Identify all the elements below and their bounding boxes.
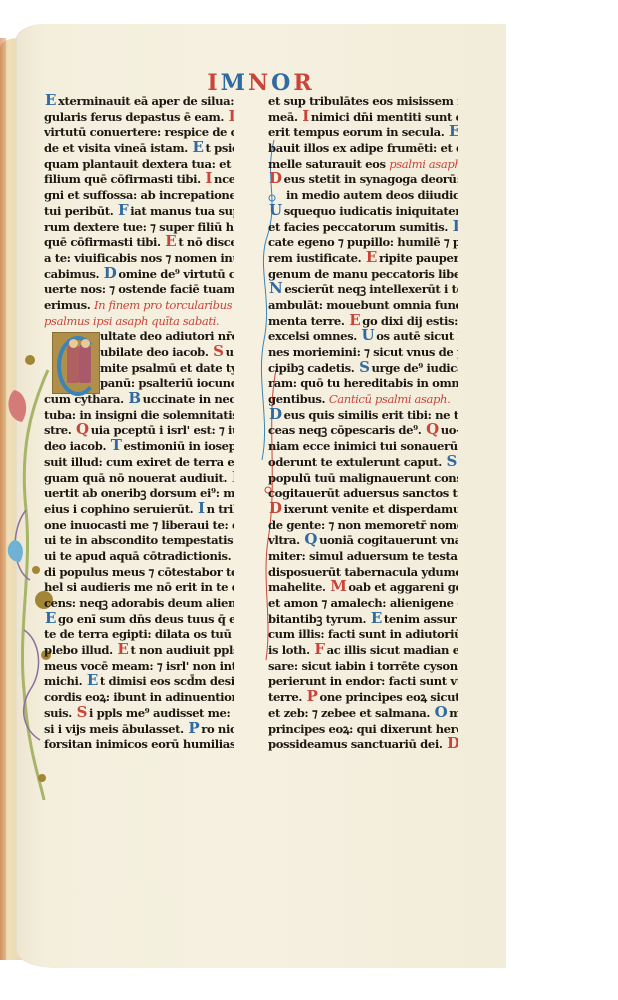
line-text: tui peribūt. — [44, 204, 117, 218]
text-line: guam quā nō nouerat audiuit. Di- — [44, 471, 234, 487]
rubric-text: psalmi asaph. — [389, 157, 458, 171]
text-line: oderunt te extulerunt caput. Super — [268, 455, 458, 471]
line-text: ui te apud aquā cōtradictionis. — [44, 549, 234, 563]
line-text: tuba: in insigni die solemnitatis ve- — [44, 408, 234, 422]
initial-letter: I — [204, 172, 213, 184]
line-text: possideamus sanctuariū dei. — [268, 737, 446, 751]
text-line: melle saturauit eos psalmi asaph. — [268, 157, 458, 173]
running-head-letter: N — [248, 70, 271, 96]
line-text: et amon ⁊ amalech: alienigene cū ha- — [268, 596, 458, 610]
line-text: t non audiuit ppls — [130, 643, 234, 657]
initial-letter: S — [76, 706, 88, 718]
text-line: bitantibꝫ tyrum. Etenim assur venit — [268, 612, 458, 628]
line-text: genum de manu peccatoris liberate. — [268, 267, 458, 281]
text-line: uerte nos: ⁊ ostende faciē tuam ⁊ salui — [44, 282, 234, 298]
line-text: cum cythara. — [44, 392, 127, 406]
text-line: stre. Quia pceptū i isrl' est: ⁊ iudiciū — [44, 423, 234, 439]
line-text: suis. — [44, 706, 76, 720]
text-line: Nescierūt neqꝫ intellexerūt i tenebris — [268, 282, 458, 298]
line-text: eius i cophino seruierūt. — [44, 502, 197, 516]
text-line: Exterminauit eā aper de silua: ⁊ sin- — [44, 94, 234, 110]
text-line: de et visita vineā istam. Et psice eā — [44, 141, 234, 157]
text-line: bauit illos ex adipe frumēti: et de petr… — [268, 141, 458, 157]
line-text: tenim assur venit — [384, 612, 458, 626]
text-line: rum dextere tue: ⁊ super filiū hominis — [44, 220, 234, 236]
text-line: a te: viuificabis nos ⁊ nomen inuo- — [44, 251, 234, 267]
initial-letter: E — [164, 235, 177, 247]
line-text: ro nichilo — [201, 722, 234, 736]
initial-letter: E — [44, 612, 57, 624]
initial-letter: D — [103, 267, 118, 279]
line-text: sare: sicut iabin i torrēte cyson. — [268, 659, 458, 673]
initial-letter: O — [434, 706, 449, 718]
line-text: rum dextere tue: ⁊ super filiū hominis — [44, 220, 234, 234]
line-text: i ppls me⁹ audisset me: isrl' — [89, 706, 234, 720]
text-line: cipibꝫ cadetis. Surge de⁹ iudica ter- — [268, 361, 458, 377]
initial-letter: P — [187, 722, 200, 734]
text-line: tuba: in insigni die solemnitatis ve- — [44, 408, 234, 424]
line-text: ui te in abscondito tempestatis: proba- — [44, 533, 234, 547]
text-line: ui te apud aquā cōtradictionis. Au- — [44, 549, 234, 565]
line-text: michi. — [44, 674, 86, 688]
line-text: et facies peccatorum sumitis. — [268, 220, 452, 234]
initial-letter: I — [452, 220, 458, 232]
line-text: cens: neqꝫ adorabis deum alienum. — [44, 596, 234, 610]
line-text: t nō discedim⁹ — [178, 235, 234, 249]
text-line: cate egeno ⁊ pupillo: humilē ⁊ paupe- — [268, 235, 458, 251]
line-text: uo- — [441, 423, 458, 437]
initial-letter: P — [306, 690, 319, 702]
line-text: eus stetit in synagoga deorū: — [284, 172, 458, 186]
text-line: forsitan inimicos eorū humiliassem: — [44, 737, 234, 753]
text-line: quē cōfirmasti tibi. Et nō discedim⁹ — [44, 235, 234, 251]
line-text: cipibꝫ cadetis. — [268, 361, 358, 375]
initial-letter: S — [446, 455, 458, 467]
text-line: one inuocasti me ⁊ liberaui te: exaudi- — [44, 518, 234, 534]
line-text: ultate deo adiutori nr̄o: — [100, 329, 234, 343]
text-line: vltra. Quoniā cogitauerunt vnani- — [268, 533, 458, 549]
text-line: principes eoꝝ: qui dixerunt hereditate — [268, 722, 458, 738]
line-text: ac illis sicut madian et sy- — [327, 643, 458, 657]
text-line: Deus stetit in synagoga deorū: — [268, 172, 458, 188]
line-text: oab et aggareni gebal — [348, 580, 458, 594]
text-line: nes moriemini: ⁊ sicut vnus de prin- — [268, 345, 458, 361]
initial-letter: E — [44, 94, 57, 106]
line-text: nimici dn̄i mentiti sunt ei: ⁊ — [311, 110, 458, 124]
text-line: cabimus. Domine de⁹ virtutū con- — [44, 267, 234, 283]
line-text: plebo illud. — [44, 643, 116, 657]
line-text: eus quis similis erit tibi: ne ta- — [284, 408, 458, 422]
text-line: meus vocē meam: ⁊ isrl' non intendit — [44, 659, 234, 675]
text-line: genum de manu peccatoris liberate. — [268, 267, 458, 283]
initial-letter: E — [365, 251, 378, 263]
line-text: uertit ab oneribꝫ dorsum ei⁹: manus — [44, 486, 234, 500]
line-text: niam ecce inimici tui sonauerūt: et q — [268, 439, 458, 453]
line-text: ixerunt venite et disperdamus eos — [284, 502, 458, 516]
line-text: t dimisi eos scd̄m desideria — [100, 674, 234, 688]
initial-letter: E — [192, 141, 205, 153]
line-text: uerte nos: ⁊ ostende faciē tuam ⁊ salui — [44, 282, 234, 296]
initial-letter: E — [116, 643, 129, 655]
text-line: is loth. Fac illis sicut madian et sy- — [268, 643, 458, 659]
line-text: quē cōfirmasti tibi. — [44, 235, 164, 249]
initial-letter: D — [231, 471, 234, 483]
line-text: meus vocē meam: ⁊ isrl' non intendit — [44, 659, 234, 673]
rubric-text: Canticū psalmi asaph. — [329, 392, 451, 406]
line-text: melle saturauit eos — [268, 157, 389, 171]
text-line: perierunt in endor: facti sunt vt sterc⁹ — [268, 674, 458, 690]
text-line: sare: sicut iabin i torrēte cyson. Di- — [268, 659, 458, 675]
line-text: ncensa i- — [214, 172, 234, 186]
line-text: gentibus. — [268, 392, 329, 406]
initial-letter: D — [228, 110, 234, 122]
text-line: gni et suffossa: ab increpatione vult⁹ — [44, 188, 234, 204]
line-text: mahelite. — [268, 580, 329, 594]
initial-letter: E — [348, 314, 361, 326]
line-text: disposuerūt tabernacula ydumeoꝝ et is- — [268, 565, 458, 579]
text-line: et facies peccatorum sumitis. Iudi- — [268, 220, 458, 236]
line-text: bauit illos ex adipe frumēti: et de petr… — [268, 141, 458, 155]
initial-letter: Q — [425, 423, 440, 435]
line-text: oderunt te extulerunt caput. — [268, 455, 446, 469]
text-line: excelsi omnes. Uos autē sicut homi- — [268, 329, 458, 345]
text-line: cordis eoꝝ: ibunt in adinuentionibꝫ — [44, 690, 234, 706]
running-head-letter: I — [207, 70, 220, 96]
line-text: rem iustificate. — [268, 251, 365, 265]
line-text: go enī sum dn̄s deus tuus q̄ eduxi — [58, 612, 234, 626]
line-text: virtutū conuertere: respice de celo et v… — [44, 125, 234, 139]
line-text: de et visita vineā istam. — [44, 141, 192, 155]
text-column-left: Exterminauit eā aper de silua: ⁊ sin-gul… — [44, 94, 234, 753]
text-line: et zeb: ⁊ zebee et salmana. Omnes — [268, 706, 458, 722]
initial-letter: I — [197, 502, 206, 514]
text-line: cum illis: facti sunt in adiutoriū fili- — [268, 627, 458, 643]
initial-letter: F — [117, 204, 129, 216]
line-text: quam plantauit dextera tua: et super — [44, 157, 234, 171]
line-text: miter: simul aduersum te testamentū — [268, 549, 458, 563]
initial-letter: B — [127, 392, 141, 404]
text-line: si i vijs meis ābulasset. Pro nichilo — [44, 722, 234, 738]
text-line: ui te in abscondito tempestatis: proba- — [44, 533, 234, 549]
initial-letter: E — [448, 125, 458, 137]
text-line: psalmus ipsi asaph quīta sabati. — [44, 314, 234, 330]
initial-letter: Q — [303, 533, 318, 545]
text-line: gularis ferus depastus ē eam. Deus — [44, 110, 234, 126]
text-line: erit tempus eorum in secula. Et ci- — [268, 125, 458, 141]
text-line: ambulāt: mouebunt omnia funda- — [268, 298, 458, 314]
line-text: os autē sicut homi- — [376, 329, 458, 343]
initial-letter: S — [358, 361, 370, 373]
running-head-letter: O — [271, 70, 293, 96]
text-line: Ego enī sum dn̄s deus tuus q̄ eduxi — [44, 612, 234, 628]
text-line: plebo illud. Et non audiuit ppls — [44, 643, 234, 659]
line-text: uia pceptū i isrl' est: ⁊ iudiciū — [91, 423, 234, 437]
text-line: miter: simul aduersum te testamentū — [268, 549, 458, 565]
text-line: michi. Et dimisi eos scd̄m desideria — [44, 674, 234, 690]
text-line: meā. Inimici dn̄i mentiti sunt ei: ⁊ — [268, 110, 458, 126]
line-text: ubilate deo iacob. — [100, 345, 212, 359]
text-line: te de terra egipti: dilata os tuū et im- — [44, 627, 234, 643]
line-text: ambulāt: mouebunt omnia funda- — [268, 298, 458, 312]
line-text: et sup tribulātes eos misissem manū — [268, 94, 458, 108]
line-text: n tribulati- — [207, 502, 234, 516]
text-line: disposuerūt tabernacula ydumeoꝝ et is- — [268, 565, 458, 581]
line-text: meā. — [268, 110, 301, 124]
line-text: go dixi dij estis: ⁊ filij — [362, 314, 458, 328]
text-line: Dixerunt venite et disperdamus eos — [268, 502, 458, 518]
line-text: cogitauerūt aduersus sanctos tuos. — [268, 486, 458, 500]
text-line: di populus meus ⁊ cōtestabor te: isra- — [44, 565, 234, 581]
line-text: one inuocasti me ⁊ liberaui te: exaudi- — [44, 518, 234, 532]
text-line: erimus. In finem pro torcularibus — [44, 298, 234, 314]
text-line: mite psalmū et date tym- — [44, 361, 234, 377]
line-text: ceas neqꝫ cōpescaris de⁹. — [268, 423, 425, 437]
text-line: uertit ab oneribꝫ dorsum ei⁹: manus — [44, 486, 234, 502]
line-text: cordis eoꝝ: ibunt in adinuentionibꝫ — [44, 690, 234, 704]
line-text: cate egeno ⁊ pupillo: humilē ⁊ paupe- — [268, 235, 458, 249]
text-line: suis. Si ppls me⁹ audisset me: isrl' — [44, 706, 234, 722]
line-text: mite psalmū et date tym- — [100, 361, 234, 375]
line-text: t psice eā — [206, 141, 234, 155]
line-text: a te: viuificabis nos ⁊ nomen inuo- — [44, 251, 234, 265]
text-line: hel si audieris me nō erit in te deus re… — [44, 580, 234, 596]
initial-letter: T — [110, 439, 123, 451]
line-text: hel si audieris me nō erit in te deus re… — [44, 580, 234, 594]
line-text: urge de⁹ iudica ter- — [372, 361, 459, 375]
text-line: terre. Pone principes eoꝝ sicut oreb — [268, 690, 458, 706]
text-line: panū: psalteriū iocundū — [44, 376, 234, 392]
initial-letter: D — [446, 737, 458, 749]
rubric-text: psalmus ipsi asaph quīta sabati. — [44, 314, 219, 328]
line-text: estimoniū in ioseph po- — [124, 439, 234, 453]
text-line: rem iustificate. Eripite pauperē: et e- — [268, 251, 458, 267]
line-text: vltra. — [268, 533, 303, 547]
initial-letter: E — [370, 612, 383, 624]
text-line: quam plantauit dextera tua: et super — [44, 157, 234, 173]
line-text: si i vijs meis ābulasset. — [44, 722, 187, 736]
text-line: eius i cophino seruierūt. In tribulati- — [44, 502, 234, 518]
text-line: de gente: ⁊ non memoretr̄ nomen isrl' — [268, 518, 458, 534]
line-text: escierūt neqꝫ intellexerūt i tenebris — [284, 282, 458, 296]
line-text: cabimus. — [44, 267, 103, 281]
running-head: IMNOR — [16, 70, 506, 96]
line-text: erit tempus eorum in secula. — [268, 125, 448, 139]
line-text: suit illud: cum exiret de terra egipti l… — [44, 455, 234, 469]
text-line: cogitauerūt aduersus sanctos tuos. — [268, 486, 458, 502]
line-text: erimus. — [44, 298, 94, 312]
text-line: niam ecce inimici tui sonauerūt: et q — [268, 439, 458, 455]
text-line: gentibus. Canticū psalmi asaph. — [268, 392, 458, 408]
initial-letter: N — [268, 282, 283, 294]
text-line: ceas neqꝫ cōpescaris de⁹. Quo- — [268, 423, 458, 439]
initial-letter: Q — [75, 423, 90, 435]
line-text: one principes eoꝝ sicut oreb — [320, 690, 459, 704]
running-head-letter: R — [293, 70, 314, 96]
text-line: Usquequo iudicatis iniquitatem: — [268, 204, 458, 220]
text-line: virtutū conuertere: respice de celo et v… — [44, 125, 234, 141]
line-text: terre. — [268, 690, 306, 704]
text-line: cens: neqꝫ adorabis deum alienum. — [44, 596, 234, 612]
line-text: filium quē cōfirmasti tibi. — [44, 172, 204, 186]
line-text: bitantibꝫ tyrum. — [268, 612, 370, 626]
line-text: deo iacob. — [44, 439, 110, 453]
text-line: cum cythara. Buccinate in neomenia — [44, 392, 234, 408]
line-text: gni et suffossa: ab increpatione vult⁹ — [44, 188, 234, 202]
line-text: squequo iudicatis iniquitatem: — [284, 204, 458, 218]
line-text: populū tuū malignauerunt consilium: — [268, 471, 458, 485]
line-text: guam quā nō nouerat audiuit. — [44, 471, 231, 485]
text-line: possideamus sanctuariū dei. Deus — [268, 737, 458, 753]
line-text: stre. — [44, 423, 75, 437]
text-line: ultate deo adiutori nr̄o: — [44, 329, 234, 345]
initial-letter: D — [268, 408, 283, 420]
text-line: ubilate deo iacob. Su- — [44, 345, 234, 361]
line-text: forsitan inimicos eorū humiliassem: — [44, 737, 234, 751]
line-text: ram: quō tu hereditabis in omnibus — [268, 376, 458, 390]
text-line: tui peribūt. Fiat manus tua sup vi- — [44, 204, 234, 220]
line-text: te de terra egipti: dilata os tuū et im- — [44, 627, 234, 641]
text-line: deo iacob. Testimoniū in ioseph po- — [44, 439, 234, 455]
line-text: uccinate in neomenia — [143, 392, 234, 406]
line-text: in medio autem deos diiudicat. — [286, 188, 458, 202]
line-text: uoniā cogitauerunt vnani- — [319, 533, 458, 547]
line-text: is loth. — [268, 643, 313, 657]
initial-letter: S — [212, 345, 224, 357]
initial-letter: U — [268, 204, 283, 216]
text-line: populū tuū malignauerunt consilium: — [268, 471, 458, 487]
text-line: et amon ⁊ amalech: alienigene cū ha- — [268, 596, 458, 612]
text-line: ram: quō tu hereditabis in omnibus — [268, 376, 458, 392]
initial-letter: U — [361, 329, 376, 341]
line-text: et zeb: ⁊ zebee et salmana. — [268, 706, 434, 720]
line-text: menta terre. — [268, 314, 348, 328]
initial-letter: I — [301, 110, 310, 122]
line-text: xterminauit eā aper de silua: ⁊ sin- — [58, 94, 234, 108]
line-text: di populus meus ⁊ cōtestabor te: isra- — [44, 565, 234, 579]
text-line: mahelite. Moab et aggareni gebal — [268, 580, 458, 596]
initial-letter: E — [86, 674, 99, 686]
line-text: excelsi omnes. — [268, 329, 361, 343]
rubric-text: In finem pro torcularibus — [94, 298, 232, 312]
text-line: menta terre. Ego dixi dij estis: ⁊ filij — [268, 314, 458, 330]
line-text: gularis ferus depastus ē eam. — [44, 110, 228, 124]
initial-letter: M — [329, 580, 347, 592]
text-line: Deus quis similis erit tibi: ne ta- — [268, 408, 458, 424]
line-text: iat manus tua sup vi- — [130, 204, 234, 218]
line-text: mnes — [449, 706, 458, 720]
line-text: u- — [226, 345, 234, 359]
text-line: suit illud: cum exiret de terra egipti l… — [44, 455, 234, 471]
line-text: omine de⁹ virtutū con- — [118, 267, 234, 281]
text-line: filium quē cōfirmasti tibi. Incensa i- — [44, 172, 234, 188]
initial-letter: F — [313, 643, 325, 655]
line-text: panū: psalteriū iocundū — [100, 376, 234, 390]
initial-letter: D — [268, 502, 283, 514]
line-text: perierunt in endor: facti sunt vt sterc⁹ — [268, 674, 458, 688]
line-text: principes eoꝝ: qui dixerunt hereditate — [268, 722, 458, 736]
running-head-letter: M — [221, 70, 248, 96]
line-text: cum illis: facti sunt in adiutoriū fili- — [268, 627, 458, 641]
line-text: nes moriemini: ⁊ sicut vnus de prin- — [268, 345, 458, 359]
text-column-right: et sup tribulātes eos misissem manūmeā. … — [268, 94, 458, 753]
text-line: in medio autem deos diiudicat. — [268, 188, 458, 204]
initial-letter: D — [268, 172, 283, 184]
text-line: et sup tribulātes eos misissem manū — [268, 94, 458, 110]
line-text: de gente: ⁊ non memoretr̄ nomen isrl' — [268, 518, 458, 532]
line-text: ripite pauperē: et e- — [379, 251, 458, 265]
